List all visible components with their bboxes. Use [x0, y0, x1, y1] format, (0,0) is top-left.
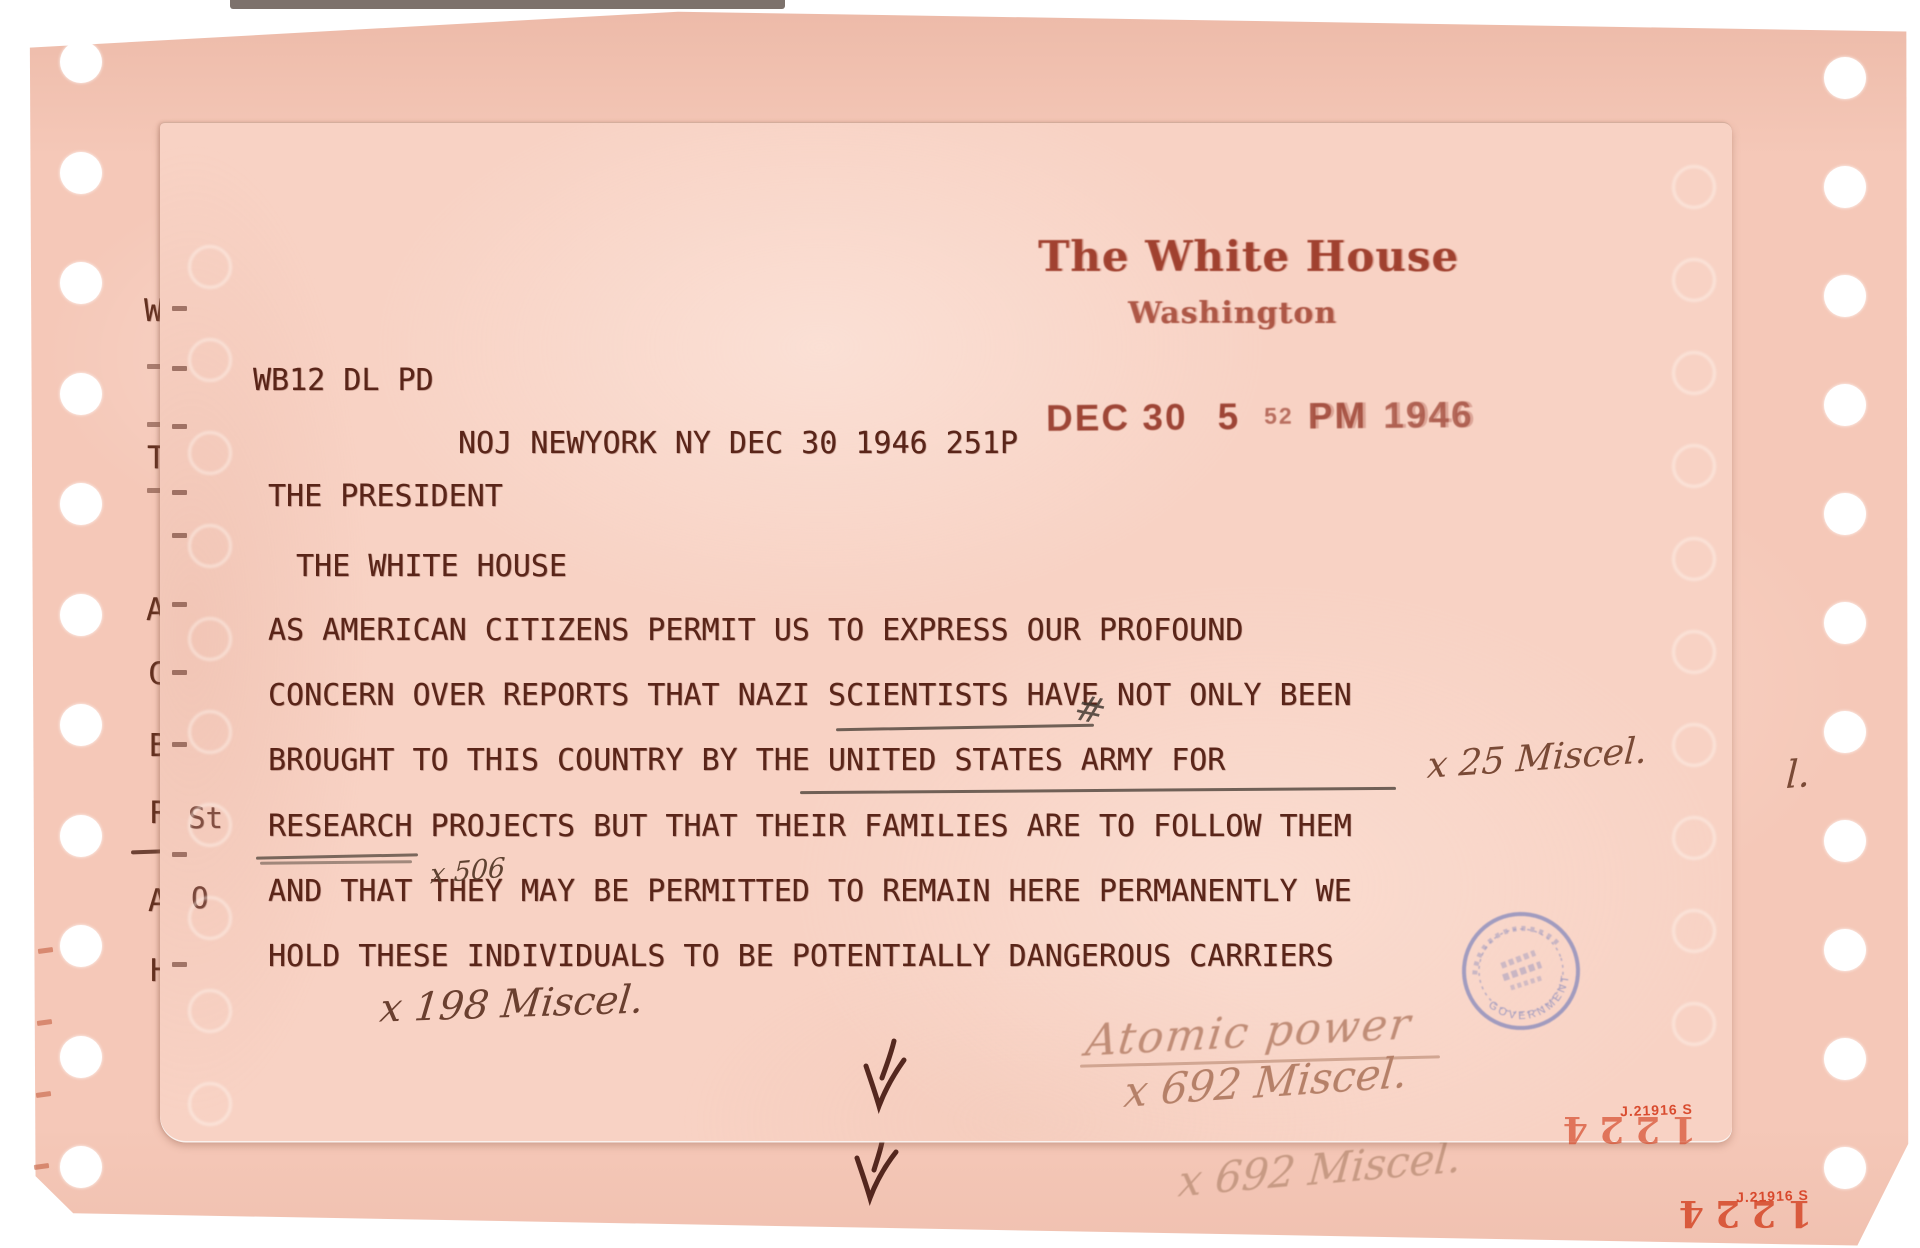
punch-hole	[60, 373, 102, 415]
origin-line: NOJ NEWYORK NY DEC 30 1946 251P	[458, 429, 1018, 459]
ghost-hole	[188, 245, 232, 289]
punch-hole	[1824, 1038, 1866, 1080]
punch-hole	[60, 483, 102, 525]
punch-hole	[60, 594, 102, 636]
stamp-date: DEC 30	[1046, 397, 1188, 440]
ghost-hole	[1672, 723, 1716, 767]
hand-drawn-arrow-lower	[852, 1140, 910, 1206]
punch-hole	[1824, 384, 1866, 426]
punch-hole	[1824, 57, 1866, 99]
edge-character-smudge	[172, 962, 187, 967]
ghost-hole	[1672, 165, 1716, 209]
punch-hole	[60, 704, 102, 746]
ghost-hole	[1672, 630, 1716, 674]
ghost-hole	[1672, 537, 1716, 581]
ghost-hole	[188, 803, 232, 847]
body-line: HOLD THESE INDIVIDUALS TO BE POTENTIALLY…	[268, 942, 1334, 972]
ghost-hole	[188, 617, 232, 661]
punch-hole	[60, 41, 102, 83]
edge-character-smudge	[172, 424, 187, 429]
ghost-hole	[188, 896, 232, 940]
edge-character-smudge	[172, 670, 187, 675]
edge-character-smudge	[172, 742, 187, 747]
body-line: CONCERN OVER REPORTS THAT NAZI SCIENTIST…	[268, 681, 1352, 711]
punch-hole	[60, 1036, 102, 1078]
punch-hole	[60, 152, 102, 194]
punch-hole	[60, 262, 102, 304]
punch-hole	[1824, 493, 1866, 535]
punch-hole	[60, 815, 102, 857]
stamp-minute: 52	[1264, 403, 1294, 430]
punch-hole	[1824, 166, 1866, 208]
edge-character-smudge	[172, 490, 187, 495]
punch-hole	[1824, 1147, 1866, 1189]
stamp-year: 1946	[1383, 394, 1474, 437]
ghost-hole	[188, 710, 232, 754]
ghost-hole	[1672, 1002, 1716, 1046]
handwritten-tail: l.	[1785, 751, 1811, 797]
ghost-hole	[1672, 816, 1716, 860]
recipient-line: THE PRESIDENT	[268, 482, 503, 512]
ghost-hole	[188, 524, 232, 568]
edge-character-smudge	[172, 852, 187, 857]
ghost-hole	[1672, 351, 1716, 395]
scan-edge-artifact	[230, 0, 785, 9]
punch-hole	[1824, 275, 1866, 317]
ghost-hole	[188, 338, 232, 382]
ghost-hole	[188, 989, 232, 1033]
punch-hole	[1824, 711, 1866, 753]
edge-character-smudge	[172, 366, 187, 371]
punch-hole	[1824, 820, 1866, 862]
hand-drawn-arrow-upper	[860, 1038, 916, 1114]
body-line: AS AMERICAN CITIZENS PERMIT US TO EXPRES…	[268, 616, 1243, 646]
blue-stamp-illegible-rim	[1465, 917, 1560, 975]
received-date-stamp: DEC 30 5 52 PM 1946	[1046, 394, 1474, 440]
body-line: RESEARCH PROJECTS BUT THAT THEIR FAMILIE…	[268, 812, 1352, 842]
punch-hole	[60, 925, 102, 967]
handwritten-miscel-198: x 198 Miscel.	[378, 977, 646, 1031]
white-house-letterhead: The White House	[1038, 232, 1459, 281]
body-line: BROUGHT TO THIS COUNTRY BY THE UNITED ST…	[268, 746, 1225, 776]
washington-letterhead: Washington	[1128, 296, 1337, 331]
ghost-hole	[1672, 258, 1716, 302]
punch-hole	[60, 1146, 102, 1188]
ghost-hole	[188, 1082, 232, 1126]
ghost-hole	[188, 431, 232, 475]
edge-character-smudge	[172, 306, 187, 311]
stamp-hour: 5	[1217, 396, 1240, 438]
ghost-hole	[1672, 909, 1716, 953]
edge-character-smudge	[172, 533, 187, 538]
file-code-stamp-lower: J.21916 S	[1736, 1187, 1809, 1206]
telegram-scan: W T A C B R A H l. x 692 Miscel. 1224 J.…	[0, 0, 1920, 1248]
punch-hole	[1824, 602, 1866, 644]
ghost-hole	[1672, 444, 1716, 488]
address-line: THE WHITE HOUSE	[296, 552, 567, 582]
stamp-meridiem: PM	[1308, 395, 1368, 438]
service-line: WB12 DL PD	[253, 366, 434, 396]
file-code-stamp-upper: J.21916 S	[1620, 1101, 1693, 1120]
punch-hole	[1824, 929, 1866, 971]
edge-character-smudge	[172, 602, 187, 607]
